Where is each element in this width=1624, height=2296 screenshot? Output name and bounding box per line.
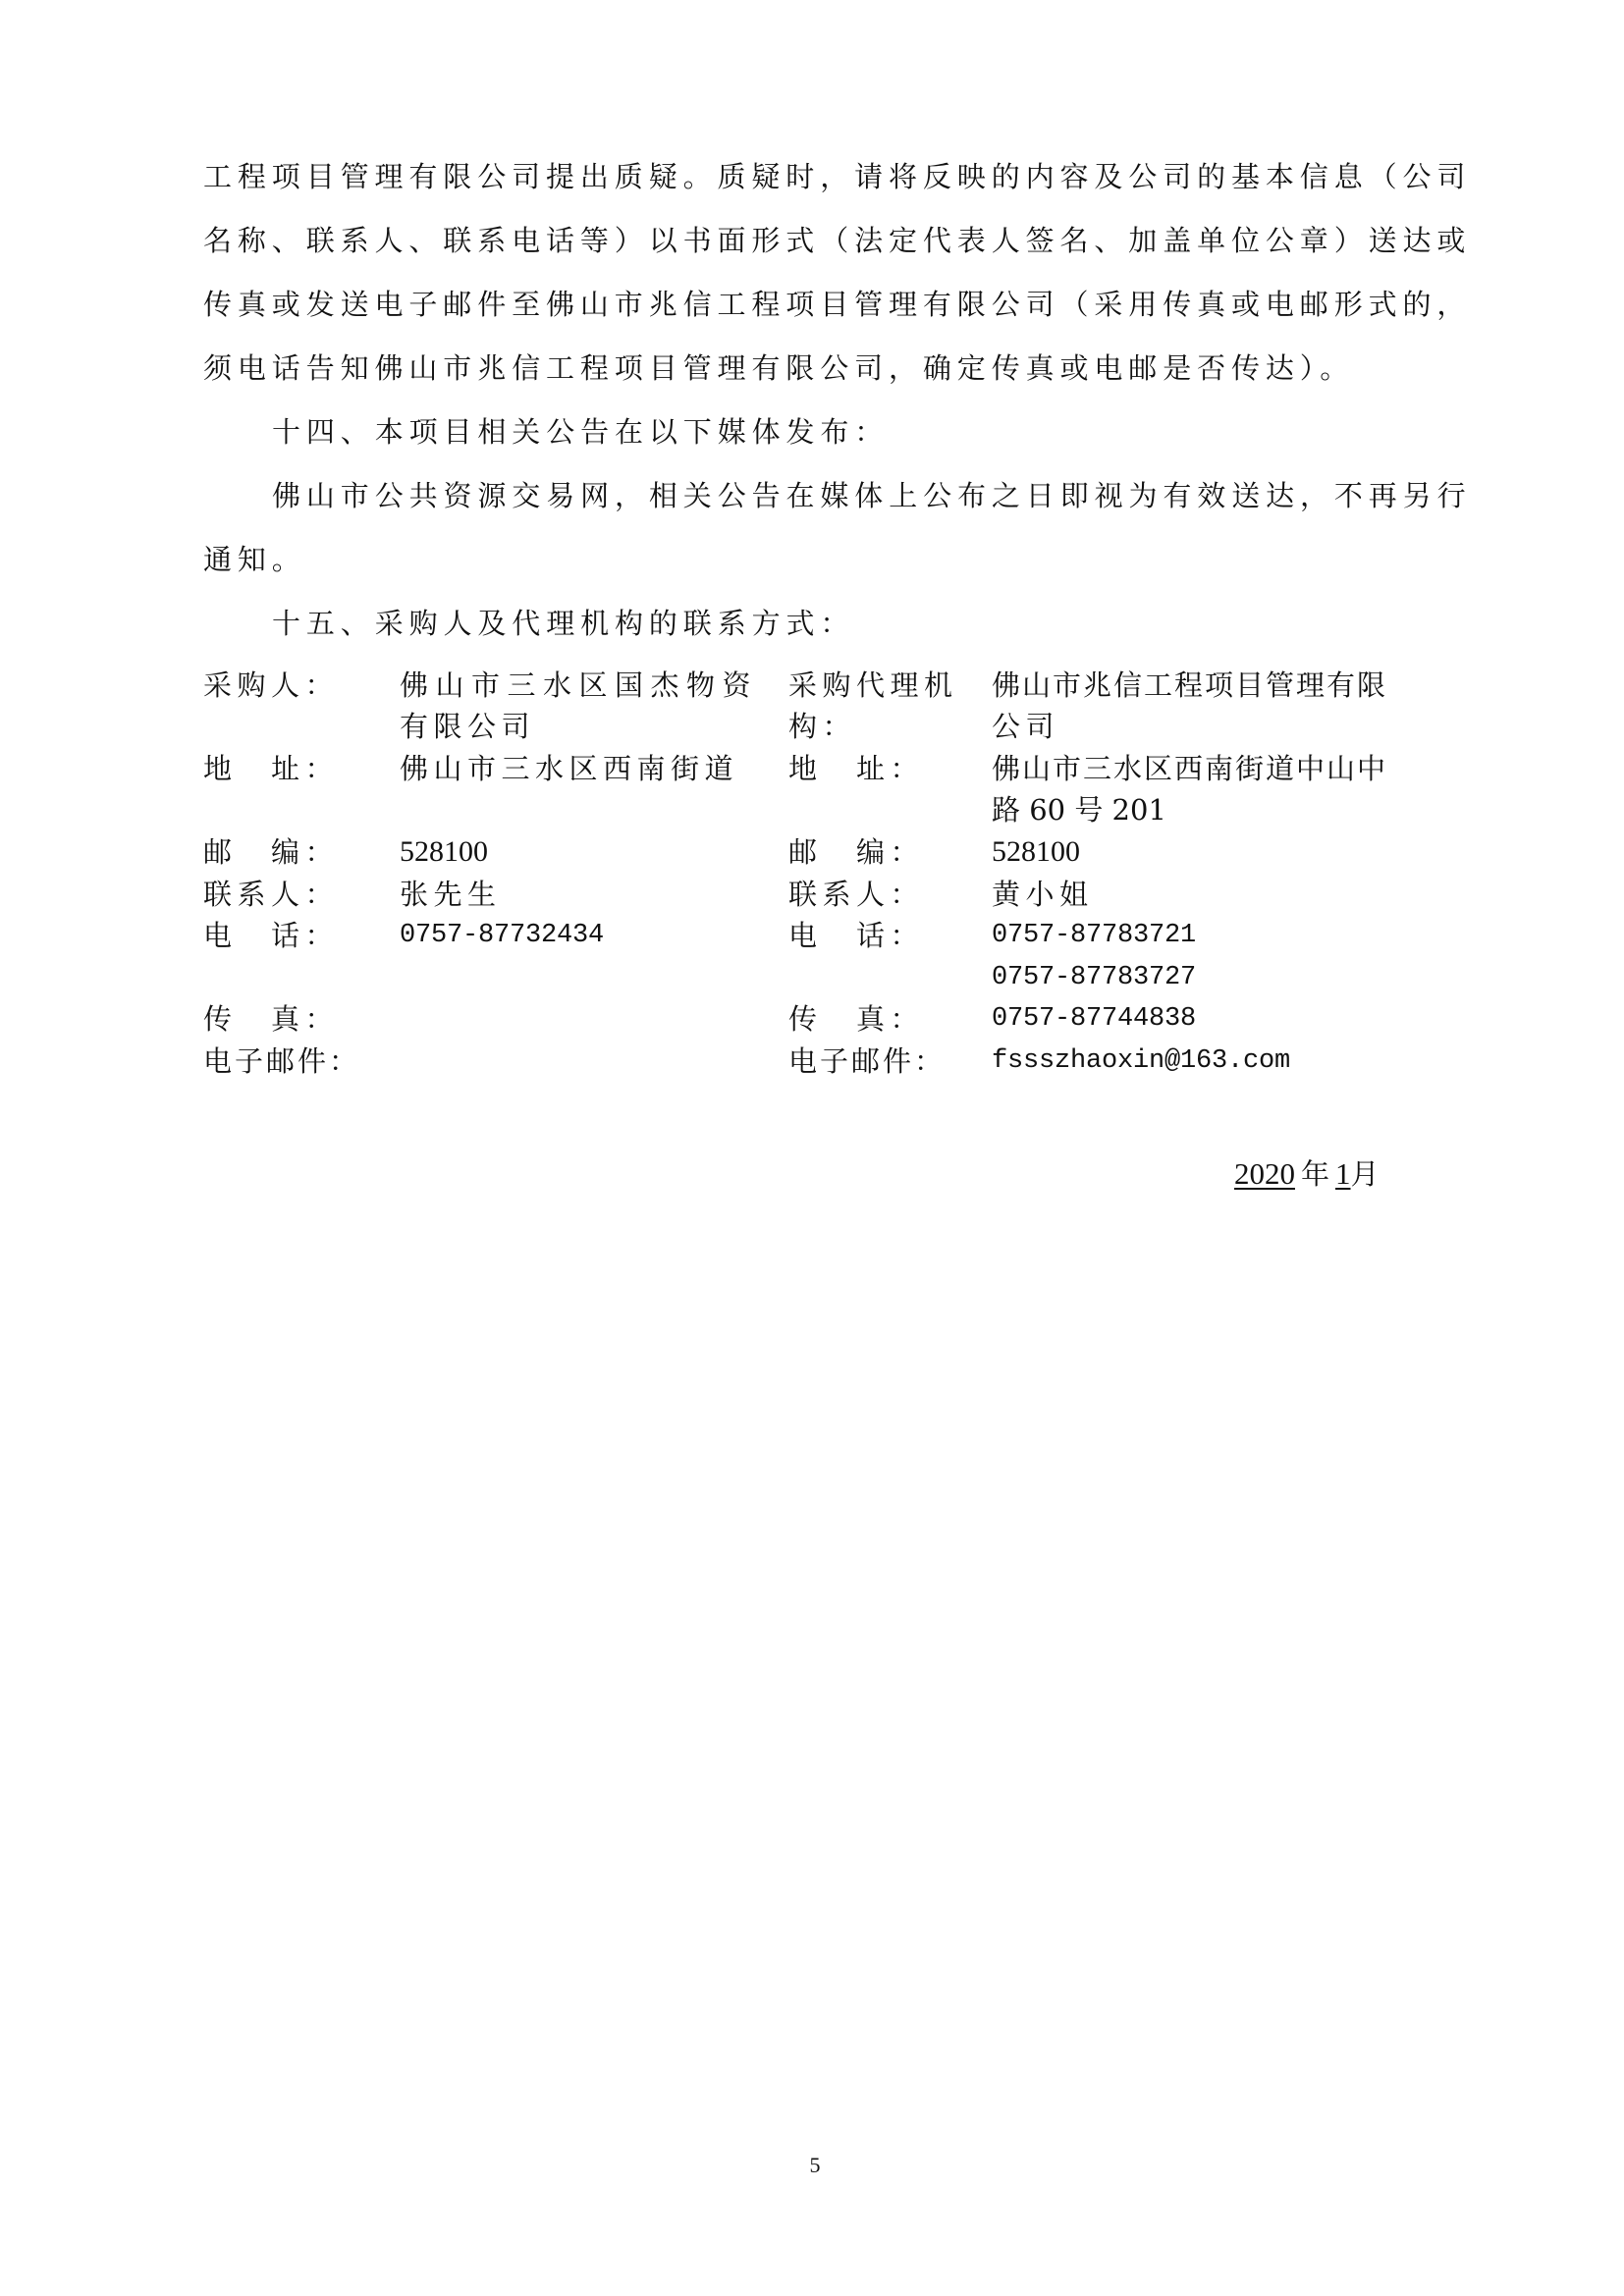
agency-email-link[interactable]: fssszhaoxin@163.com [992,1041,1424,1081]
buyer-name-value: 佛山市三水区国杰物资 [400,666,773,705]
agency-fax-value: 0757-87744838 [992,999,1424,1039]
buyer-phone-label: 电 话： [203,916,390,955]
section-14-heading: 十四、本项目相关公告在以下媒体发布： [272,412,1421,452]
agency-fax-label: 传 真： [788,999,985,1039]
buyer-name-label: 采购人： [203,666,390,705]
date-year-suffix: 年 [1295,1157,1335,1191]
paragraph-line: 工程项目管理有限公司提出质疑。质疑时，请将反映的内容及公司的基本信息（公司 [203,157,1421,196]
section-14-body-line: 通知。 [203,540,1421,579]
agency-name-label: 采购代理机 [788,666,985,705]
paragraph-line: 名称、联系人、联系电话等）以书面形式（法定代表人签名、加盖单位公章）送达或 [203,221,1421,260]
agency-postcode-label: 邮 编： [788,832,985,872]
agency-address-label: 地 址： [788,749,985,788]
section-15-heading: 十五、采购人及代理机构的联系方式： [272,604,1421,643]
agency-address-value: 佛山市三水区西南街道中山中 [992,749,1424,788]
agency-phone-label: 电 话： [788,916,985,955]
buyer-fax-label: 传 真： [203,999,390,1039]
page-number: 5 [805,2152,825,2179]
agency-email-label: 电子邮件： [788,1041,985,1081]
buyer-address-label: 地 址： [203,749,390,788]
agency-phone-value-2: 0757-87783727 [992,958,1424,997]
agency-contact-label: 联系人： [788,875,985,914]
buyer-name-value-cont: 有限公司 [400,707,773,746]
buyer-postcode-label: 邮 编： [203,832,390,872]
agency-postcode-value: 528100 [992,832,1424,872]
date-month-suffix: 月 [1351,1157,1380,1191]
agency-name-value: 佛山市兆信工程项目管理有限 [992,666,1424,705]
document-page: 工程项目管理有限公司提出质疑。质疑时，请将反映的内容及公司的基本信息（公司 名称… [0,0,1624,2296]
buyer-contact-label: 联系人： [203,875,390,914]
agency-address-value-cont: 路 60 号 201 [992,790,1424,829]
date-year: 2020 [1234,1156,1295,1191]
date-month: 1 [1335,1156,1351,1191]
agency-name-value-cont: 公司 [992,707,1424,746]
buyer-email-label: 电子邮件： [203,1041,390,1081]
buyer-contact-value: 张先生 [400,875,773,914]
buyer-postcode-value: 528100 [400,832,773,872]
section-14-body-line: 佛山市公共资源交易网，相关公告在媒体上公布之日即视为有效送达，不再另行 [272,476,1421,515]
paragraph-line: 传真或发送电子邮件至佛山市兆信工程项目管理有限公司（采用传真或电邮形式的， [203,285,1421,324]
buyer-fax-value [400,999,773,1039]
buyer-phone-value: 0757-87732434 [400,916,773,955]
buyer-address-value: 佛山市三水区西南街道 [400,749,773,788]
agency-phone-value: 0757-87783721 [992,916,1424,955]
agency-contact-value: 黄小姐 [992,875,1424,914]
document-date: 2020年1月 [1234,1154,1380,1194]
agency-name-label-cont: 构： [788,707,985,746]
buyer-email-value [400,1041,773,1081]
paragraph-line: 须电话告知佛山市兆信工程项目管理有限公司，确定传真或电邮是否传达）。 [203,348,1421,388]
